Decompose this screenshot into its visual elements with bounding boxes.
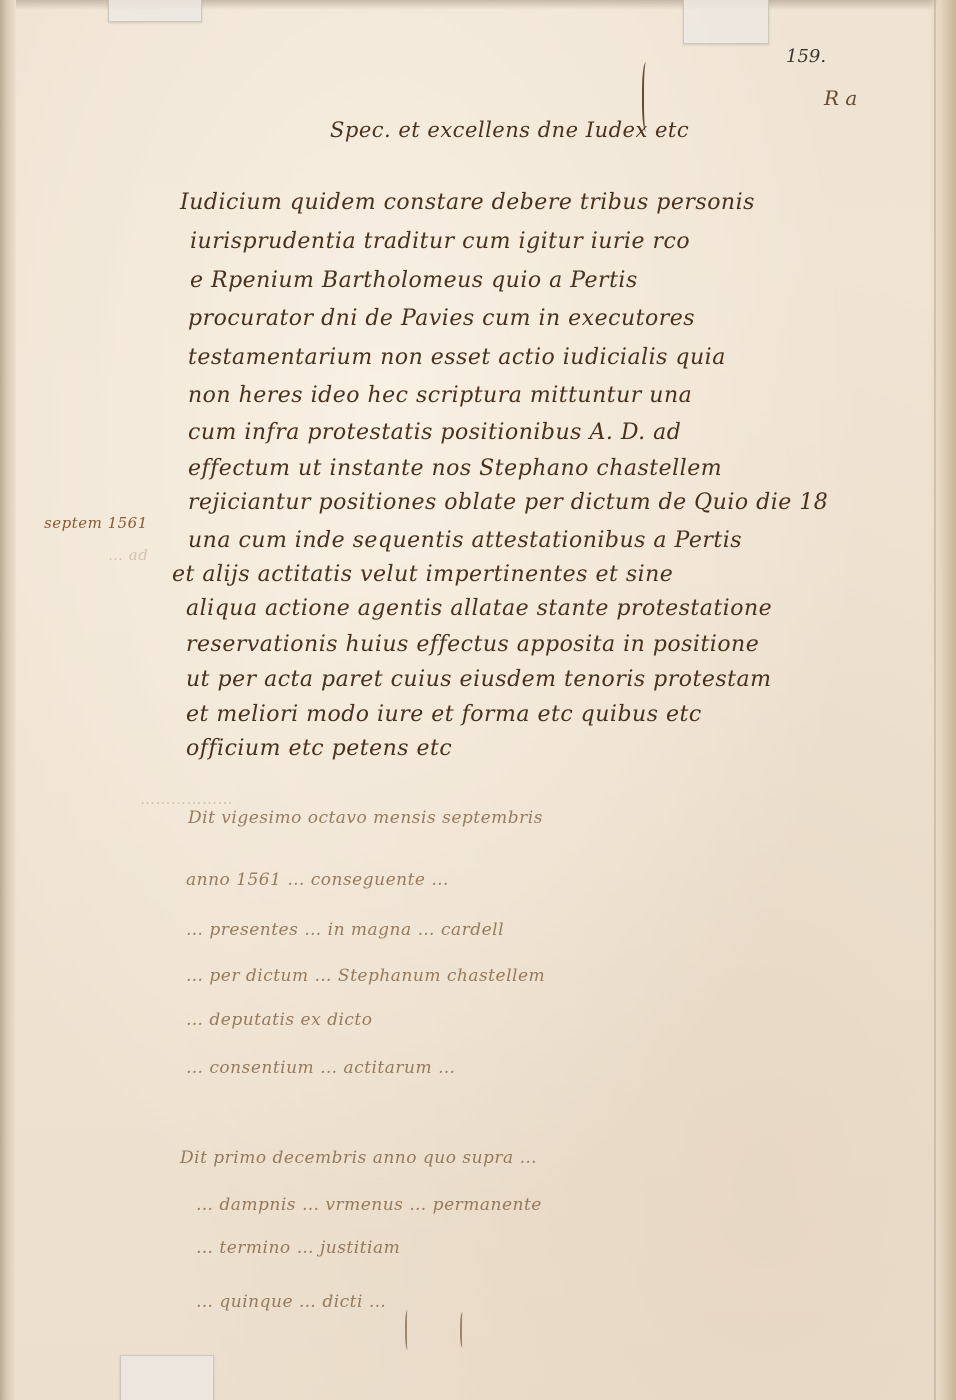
mounting-tape <box>120 1355 214 1400</box>
text-line: iurisprudentia traditur cum igitur iurie… <box>190 229 690 254</box>
text-line: effectum ut instante nos Stephano chaste… <box>188 456 722 481</box>
note-line: anno 1561 … conseguente … <box>186 870 449 890</box>
ink-flourish <box>460 1312 466 1348</box>
text-line: aliqua actione agentis allatae stante pr… <box>186 596 772 621</box>
text-line: officium etc petens etc <box>186 736 452 761</box>
page-right-edge <box>928 0 956 1400</box>
text-line: et alijs actitatis velut impertinentes e… <box>172 562 673 587</box>
note-line: … deputatis ex dicto <box>186 1010 373 1030</box>
corner-mark: R a <box>824 86 857 110</box>
note-line: Dit vigesimo octavo mensis septembris <box>188 808 543 828</box>
faded-line: ……………… <box>140 790 233 808</box>
margin-note: … ad <box>108 546 148 564</box>
text-line: e Rpenium Bartholomeus quio a Pertis <box>190 268 638 293</box>
text-line: Iudicium quidem constare debere tribus p… <box>180 190 755 215</box>
text-line: rejiciantur positiones oblate per dictum… <box>188 490 828 515</box>
page-fold-line <box>934 0 936 1400</box>
mounting-tape <box>683 0 769 44</box>
note-line: … per dictum … Stephanum chastellem <box>186 966 545 986</box>
text-line: non heres ideo hec scriptura mittuntur u… <box>188 383 692 408</box>
note-line: … consentium … actitarum … <box>186 1058 455 1078</box>
text-line: reservationis huius effectus apposita in… <box>186 632 759 657</box>
text-line: cum infra protestatis positionibus A. D.… <box>188 420 681 445</box>
text-line: testamentarium non esset actio iudiciali… <box>188 345 726 370</box>
text-line: ut per acta paret cuius eiusdem tenoris … <box>186 667 771 692</box>
note-line: … termino … justitiam <box>196 1238 400 1258</box>
note-line: … presentes … in magna … cardell <box>186 920 504 940</box>
note-line: … quinque … dicti … <box>196 1292 386 1312</box>
mounting-tape <box>108 0 202 22</box>
heading-line: Spec. et excellens dne Iudex etc <box>330 118 689 142</box>
ink-flourish <box>405 1310 411 1350</box>
text-line: procurator dni de Pavies cum in executor… <box>188 306 695 331</box>
text-line: una cum inde sequentis attestationibus a… <box>188 528 742 553</box>
note-line: … dampnis … vrmenus … permanente <box>196 1195 542 1215</box>
binding-edge <box>0 0 16 1400</box>
manuscript-page: 159. R a Spec. et excellens dne Iudex et… <box>0 0 956 1400</box>
text-line: et meliori modo iure et forma etc quibus… <box>186 702 702 727</box>
note-line: Dit primo decembris anno quo supra … <box>180 1148 537 1168</box>
folio-number: 159. <box>786 46 826 67</box>
margin-note: septem 1561 <box>44 514 148 532</box>
